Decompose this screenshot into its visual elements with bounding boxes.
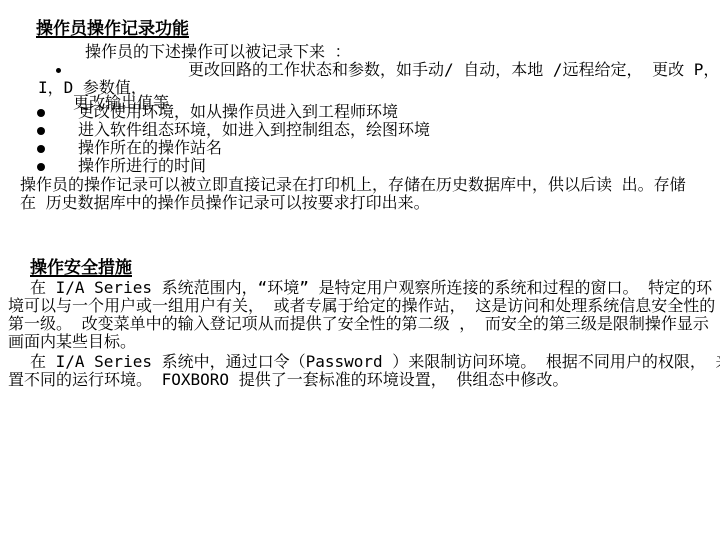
first-bullet-line1: 更改回路的工作状态和参数，如手动/ 自动，本地 /远程给定， 更改 P， (188, 61, 719, 79)
bullet-item: 操作所进行的时间 (78, 157, 206, 175)
bullet-icon (56, 68, 61, 73)
bullet-icon (37, 127, 45, 135)
section2-paragraph1-line: 画面内某些目标。 (8, 333, 136, 351)
section2-paragraph2-line: 在 I/A Series 系统中，通过口令（Password ）来限制访问环境。… (30, 353, 720, 371)
section2-paragraph1-line: 在 I/A Series 系统范围内，“环境” 是特定用户观察所连接的系统和过程… (30, 279, 712, 297)
bullet-icon (37, 163, 45, 171)
bullet-icon (37, 109, 45, 117)
document-page: 操作员操作记录功能 操作员的下述操作可以被记录下来 ： 更改回路的工作状态和参数… (0, 0, 720, 540)
section2-paragraph1-line: 第一级。 改变菜单中的输入登记项从而提供了安全性的第二级 ， 而安全的第三级是限… (8, 315, 709, 333)
section2-paragraph1-line: 境可以与一个用户或一组用户有关， 或者专属于给定的操作站， 这是访问和处理系统信… (8, 297, 715, 315)
section2-paragraph2-line: 置不同的运行环境。 FOXBORO 提供了一套标准的环境设置， 供组态中修改。 (8, 371, 568, 389)
bullet-item: 更改使用环境，如从操作员进入到工程师环境 (78, 103, 398, 121)
section1-title: 操作员操作记录功能 (36, 20, 189, 38)
section1-closing-line: 在 历史数据库中的操作员操作记录可以按要求打印出来。 (20, 194, 430, 212)
section1-intro: 操作员的下述操作可以被记录下来 ： (85, 43, 351, 61)
bullet-item: 操作所在的操作站名 (78, 139, 222, 157)
bullet-icon (37, 145, 45, 153)
section1-closing-line: 操作员的操作记录可以被立即直接记录在打印机上，存储在历史数据库中，供以后读 出。… (20, 176, 686, 194)
bullet-item: 进入软件组态环境，如进入到控制组态，绘图环境 (78, 121, 430, 139)
section2-title: 操作安全措施 (30, 259, 132, 277)
